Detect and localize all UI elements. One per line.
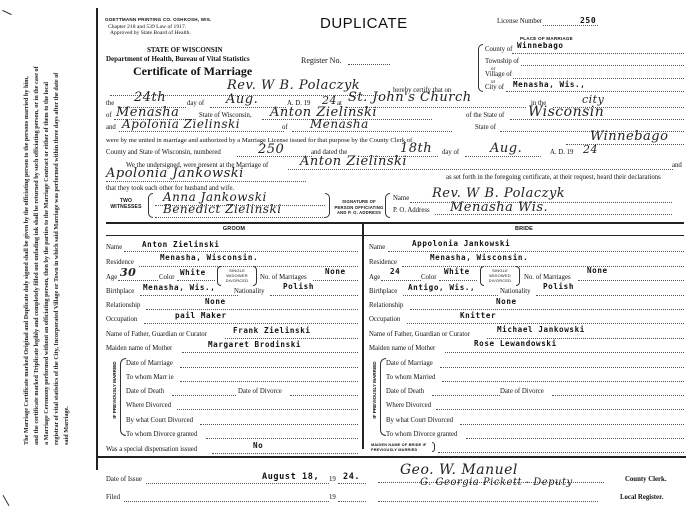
groom-nationality-value[interactable]: Polish xyxy=(283,282,314,291)
bride-occupation-line xyxy=(407,323,684,324)
groom-prev-date-of-divorce: Date of Divorce xyxy=(238,388,282,395)
county-clerk-signature[interactable]: Geo. W. Manuel xyxy=(400,462,518,478)
bride-previously-married-label: IF PREVIOUSLY MARRIED xyxy=(372,360,377,420)
township-label: Township of xyxy=(485,58,519,65)
officiant-signature-label: SIGNATURE OF PERSON OFFICIATING AND P. O… xyxy=(334,199,384,216)
bride-nationality-label: Nationality xyxy=(500,288,531,295)
license-number-label: License Number xyxy=(497,18,542,25)
copy-type-heading: DUPLICATE xyxy=(320,15,408,32)
local-registrar-line xyxy=(378,501,598,502)
groom-prev-line xyxy=(180,381,358,382)
of-label: of xyxy=(106,112,112,119)
place-brace xyxy=(478,44,483,92)
filed-year-line xyxy=(338,501,366,502)
bride-father-value[interactable]: Michael Jankowski xyxy=(497,325,585,334)
bride-maiden-brace xyxy=(432,442,435,452)
margin-instructions-text: The Marriage Certificate marked Original… xyxy=(22,65,72,445)
bride-maiden-name-label: MAIDEN NAME OF BRIDE IF PREVIOUSLY MARRI… xyxy=(371,443,433,453)
groom-prev-line xyxy=(290,395,358,396)
groom-name-label: Name xyxy=(106,244,122,251)
bride-mother-line xyxy=(445,352,684,353)
groom-name-line xyxy=(124,251,358,252)
bride-status-brace xyxy=(516,266,520,286)
filed-19-label: 19 xyxy=(329,494,336,501)
groom-prev-line xyxy=(180,367,358,368)
witness-statement-line2: as set forth in the foregoing certificat… xyxy=(446,174,661,181)
groom-residence-label: Residence xyxy=(106,259,134,266)
day-of-label: day of xyxy=(187,100,204,107)
groom-relationship-value[interactable]: None xyxy=(205,297,226,306)
divider-bottom xyxy=(96,456,686,458)
witness2-signature[interactable]: Benedict Zielinski xyxy=(163,202,282,216)
po-address-value[interactable]: Menasha Wis. xyxy=(450,200,548,215)
groom-age-label: Age xyxy=(106,274,117,281)
deputy-signature[interactable]: G. Georgia Pickett - Deputy xyxy=(420,477,573,488)
bride-prev-line xyxy=(466,438,684,439)
bride-place-value[interactable]: Menasha xyxy=(310,117,369,131)
groom-prev-granted: To whom Divorce granted xyxy=(126,431,197,438)
groom-occupation-label: Occupation xyxy=(106,316,137,323)
groom-nationality-line xyxy=(270,295,358,296)
bride-marriages-label: No. of Marriages xyxy=(524,274,571,281)
bride-birthplace-line xyxy=(403,295,498,296)
of-the-state-of-label: of the State of xyxy=(466,112,504,119)
party2-line xyxy=(106,181,306,182)
date-of-issue-year[interactable]: 24. xyxy=(343,472,360,482)
groom-marriages-line xyxy=(313,280,358,281)
groom-name-value[interactable]: Anton Zielinski xyxy=(142,240,220,249)
groom-occupation-line xyxy=(144,323,358,324)
date-of-issue-label: Date of Issue xyxy=(106,476,142,483)
divider-top xyxy=(106,222,684,224)
bride-prev-court: By what Court Divorced xyxy=(386,417,453,424)
officiant-brace xyxy=(385,193,390,218)
groom-prev-line xyxy=(200,424,358,425)
dated-month-value[interactable]: Aug. xyxy=(490,141,522,156)
and-label: and xyxy=(672,162,682,169)
groom-relationship-label: Relationship xyxy=(106,302,140,309)
day-of-label: day of xyxy=(442,149,459,156)
bride-marriages-line xyxy=(578,280,684,281)
groom-prev-line xyxy=(206,438,358,439)
bride-mother-label: Maiden name of Mother xyxy=(369,345,435,352)
village-label: Village of xyxy=(485,71,512,78)
bride-prev-brace xyxy=(380,358,386,436)
groom-state-value[interactable]: Wisconsin xyxy=(528,104,604,120)
bride-father-label: Name of Father, Guardian or Curator xyxy=(369,331,470,338)
groom-father-line xyxy=(225,338,358,339)
bride-maiden-name-line xyxy=(438,452,684,453)
groom-birthplace-label: Birthplace xyxy=(106,288,134,295)
state-heading: STATE OF WISCONSIN xyxy=(147,46,223,54)
city-line xyxy=(506,91,684,92)
groom-age-line xyxy=(118,280,158,281)
section-header-line xyxy=(106,235,684,236)
dated-year-value[interactable]: 24 xyxy=(583,143,598,156)
groom-residence-value[interactable]: Menasha, Wisconsin. xyxy=(160,253,258,262)
city-label: City of xyxy=(485,84,504,91)
groom-occupation-value[interactable]: pail Maker xyxy=(175,311,227,320)
bride-nationality-value[interactable]: Polish xyxy=(543,282,574,291)
po-address-label: P. O. Address xyxy=(393,207,430,214)
bride-prev-where-divorced: Where Divorced xyxy=(386,402,431,409)
county-line xyxy=(512,53,684,54)
city-value[interactable]: Menasha, Wis., xyxy=(513,80,585,89)
bride-place-line xyxy=(292,131,452,132)
bride-occupation-label: Occupation xyxy=(369,316,400,323)
ad-label: A. D. 19 xyxy=(550,149,573,156)
column-divider xyxy=(362,223,364,449)
bride-prev-line xyxy=(442,381,684,382)
margin-instructions: The Marriage Certificate marked Original… xyxy=(0,0,95,510)
dispensation-label: Was a special dispensation issued xyxy=(106,446,197,453)
bride-birthplace-value[interactable]: Antigo, Wis., xyxy=(408,283,475,292)
witness-brace xyxy=(148,193,153,218)
printer-line: GOETTMANN PRINTING CO. OSHKOSH, WIS. xyxy=(105,17,211,22)
party1-line xyxy=(288,169,673,170)
groom-father-value[interactable]: Frank Zielinski xyxy=(233,326,311,335)
and-label: and xyxy=(106,124,116,131)
groom-color-label: Color xyxy=(159,274,174,281)
certificate-title: Certificate of Marriage xyxy=(133,64,252,79)
bride-residence-label: Residence xyxy=(369,259,397,266)
bride-status-divorced[interactable]: DIVORCED xyxy=(484,278,516,283)
register-no-line xyxy=(348,64,390,65)
groom-mother-line xyxy=(182,352,358,353)
local-registrar-label: Local Register. xyxy=(620,494,663,501)
location-value[interactable]: St. John's Church xyxy=(348,90,472,105)
bride-name-label: Name xyxy=(369,244,385,251)
county-state-text: County and State of Wisconsin, numbered xyxy=(106,149,221,156)
date-of-issue-value[interactable]: August 18, xyxy=(262,472,319,482)
bride-prev-line xyxy=(432,395,500,396)
groom-prev-date-of-death: Date of Death xyxy=(126,388,164,395)
date-of-issue-line xyxy=(146,483,329,484)
day-value[interactable]: 24th xyxy=(134,90,166,105)
bride-prev-line xyxy=(552,395,684,396)
bride-relationship-line xyxy=(410,309,684,310)
dispensation-value[interactable]: No xyxy=(253,441,263,450)
groom-nationality-label: Nationality xyxy=(234,288,265,295)
filed-label: Filed xyxy=(106,494,120,501)
the-label: the xyxy=(106,100,114,107)
bride-age-line xyxy=(381,280,421,281)
bride-prev-granted: To whom Divorce granted xyxy=(386,431,457,438)
dispensation-line xyxy=(212,453,358,454)
groom-mother-value[interactable]: Margaret Brodinski xyxy=(208,340,301,349)
groom-mother-label: Maiden name of Mother xyxy=(106,345,172,352)
county-clerk-label: County Clerk. xyxy=(625,476,667,483)
groom-prev-court: By what Court Divorced xyxy=(126,417,193,424)
officiant-signature[interactable]: Rev. W B. Polaczyk xyxy=(227,78,360,93)
bride-residence-value[interactable]: Menasha, Wisconsin. xyxy=(430,253,528,262)
form-left-border xyxy=(96,8,98,470)
bride-birthplace-label: Birthplace xyxy=(369,288,397,295)
department-heading: Department of Health, Bureau of Vital St… xyxy=(106,55,250,63)
bride-color-label: Color xyxy=(421,274,436,281)
groom-marriages-label: No. of Marriages xyxy=(260,274,307,281)
groom-previously-married-label: IF PREVIOUSLY MARRIED xyxy=(112,360,117,420)
witness2-line xyxy=(155,217,325,218)
officiant-name-value[interactable]: Rev. W B. Polaczyk xyxy=(432,186,565,201)
township-line xyxy=(521,65,684,66)
bride-name-line xyxy=(388,251,684,252)
bride-name-value[interactable]: Apolonia Zielinski xyxy=(122,117,240,131)
register-no-label: Register No. xyxy=(301,56,341,65)
bride-name-line xyxy=(119,131,284,132)
bride-mother-value[interactable]: Rose Lewandowski xyxy=(474,339,557,348)
bride-prev-line xyxy=(440,367,684,368)
bride-name-value[interactable]: Appolonia Jankowski xyxy=(412,239,510,248)
groom-status-brace xyxy=(253,266,257,286)
county-label: County of xyxy=(485,46,512,53)
of-label: of xyxy=(282,124,288,131)
bride-relationship-value[interactable]: None xyxy=(496,297,517,306)
license-number-line xyxy=(543,25,598,26)
bride-prev-line xyxy=(460,424,684,425)
groom-relationship-line xyxy=(146,309,358,310)
groom-birthplace-line xyxy=(140,295,238,296)
month-value[interactable]: Aug. xyxy=(226,92,258,107)
bride-heading: BRIDE xyxy=(364,226,684,232)
witness-brace xyxy=(325,193,330,218)
bride-occupation-value[interactable]: Knitter xyxy=(460,311,496,320)
bride-prev-line xyxy=(436,409,684,410)
bride-color-line xyxy=(439,280,477,281)
groom-status-divorced[interactable]: DIVORCED xyxy=(221,278,253,283)
groom-prev-where-divorced: Where Divorced xyxy=(126,402,171,409)
issue-year-line xyxy=(338,483,366,484)
groom-prev-line xyxy=(177,409,358,410)
bride-prev-date-of-marriage: Date of Marriage xyxy=(386,360,433,367)
party1-value[interactable]: Anton Zielinski xyxy=(300,154,407,169)
license-numbered-value[interactable]: 250 xyxy=(258,142,284,157)
groom-prev-date-of-marriage: Date of Marriage xyxy=(126,360,173,367)
groom-birthplace-value[interactable]: Menasha, Wis., xyxy=(143,283,215,292)
groom-color-value[interactable]: White xyxy=(180,268,206,277)
groom-prev-brace xyxy=(120,358,126,436)
groom-prev-to-whom: To whom Marr ie xyxy=(126,374,174,381)
issue-19-label: 19 xyxy=(329,476,336,483)
party2-value[interactable]: Apolonia Jankowski xyxy=(106,166,244,181)
groom-marriages-value[interactable]: None xyxy=(325,267,346,276)
bride-prev-to-whom: To whom Married xyxy=(386,374,435,381)
approved-line: Approved by State Board of Health. xyxy=(110,30,191,36)
bride-marriages-value[interactable]: None xyxy=(587,266,608,275)
groom-color-line xyxy=(177,280,215,281)
filed-line xyxy=(124,501,329,502)
bride-prev-date-of-death: Date of Death xyxy=(386,388,424,395)
dated-month-line xyxy=(465,156,541,157)
license-number-value[interactable]: 250 xyxy=(580,16,596,25)
officiant-name-label: Name xyxy=(393,195,409,202)
bride-color-value[interactable]: White xyxy=(444,267,470,276)
bride-prev-date-of-divorce: Date of Divorce xyxy=(500,388,544,395)
groom-heading: GROOM xyxy=(106,226,362,232)
county-value[interactable]: Winnebago xyxy=(517,41,564,50)
license-county-value[interactable]: Winnebago xyxy=(590,129,668,144)
groom-father-label: Name of Father, Guardian or Curator xyxy=(106,331,207,338)
bride-nationality-line xyxy=(536,295,684,296)
groom-prev-line xyxy=(172,395,236,396)
bride-age-value[interactable]: 24 xyxy=(390,267,400,276)
two-witnesses-label: TWO WITNESSES xyxy=(106,198,146,210)
bride-relationship-label: Relationship xyxy=(369,302,403,309)
bride-age-label: Age xyxy=(369,274,380,281)
state-of-label: State of xyxy=(475,124,496,131)
village-line xyxy=(513,78,684,79)
groom-age-value[interactable]: 30 xyxy=(120,266,136,279)
